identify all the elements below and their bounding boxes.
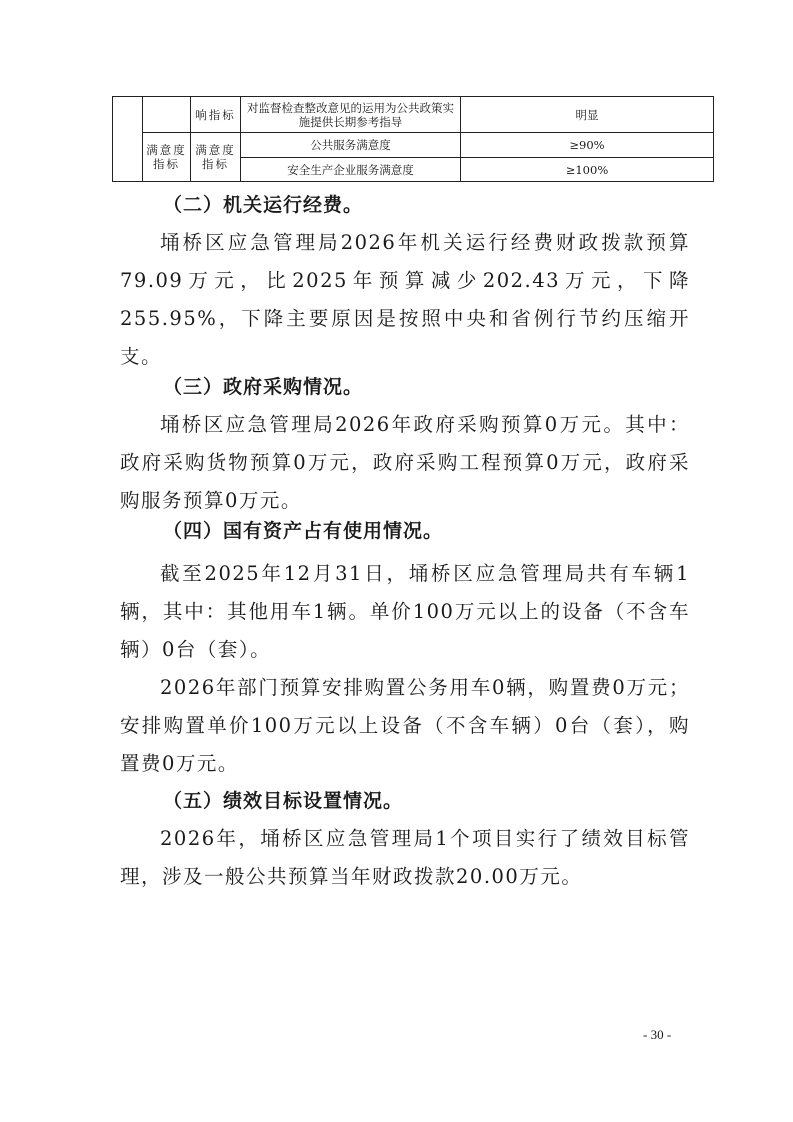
- table-cell: 响指标: [191, 97, 241, 133]
- page-number: - 30 -: [643, 1027, 671, 1043]
- table-cell: 明显: [461, 97, 714, 133]
- table-cell: 对监督检查整改意见的运用为公共政策实施提供长期参考指导: [241, 97, 461, 133]
- section-heading: （二）机关运行经费。: [163, 190, 363, 217]
- table-cell: ≥100%: [461, 158, 714, 182]
- table-cell: 满意度指标: [143, 133, 191, 182]
- section-heading: （五）绩效目标设置情况。: [163, 786, 403, 813]
- table-cell: 公共服务满意度: [241, 133, 461, 158]
- paragraph: 埇桥区应急管理局2026年机关运行经费财政拨款预算79.09万元，比2025年预…: [120, 224, 690, 376]
- paragraph: 截至2025年12月31日，埇桥区应急管理局共有车辆1辆，其中：其他用车1辆。单…: [120, 555, 690, 669]
- table-row: 响指标 对监督检查整改意见的运用为公共政策实施提供长期参考指导 明显: [113, 97, 714, 133]
- performance-indicator-table: 响指标 对监督检查整改意见的运用为公共政策实施提供长期参考指导 明显 满意度指标…: [112, 96, 714, 182]
- table-row: 满意度指标 满意度指标 公共服务满意度 ≥90%: [113, 133, 714, 158]
- paragraph: 2026年部门预算安排购置公务用车0辆，购置费0万元；安排购置单价100万元以上…: [120, 669, 690, 783]
- section-heading: （三）政府采购情况。: [163, 372, 363, 399]
- section-heading: （四）国有资产占有使用情况。: [163, 516, 443, 543]
- table-cell: 满意度指标: [191, 133, 241, 182]
- table-cell: [143, 97, 191, 133]
- table-cell: [113, 97, 143, 182]
- table-cell: ≥90%: [461, 133, 714, 158]
- paragraph: 埇桥区应急管理局2026年政府采购预算0万元。其中：政府采购货物预算0万元，政府…: [120, 406, 690, 520]
- paragraph: 2026年，埇桥区应急管理局1个项目实行了绩效目标管理，涉及一般公共预算当年财政…: [120, 820, 690, 896]
- table-cell: 安全生产企业服务满意度: [241, 158, 461, 182]
